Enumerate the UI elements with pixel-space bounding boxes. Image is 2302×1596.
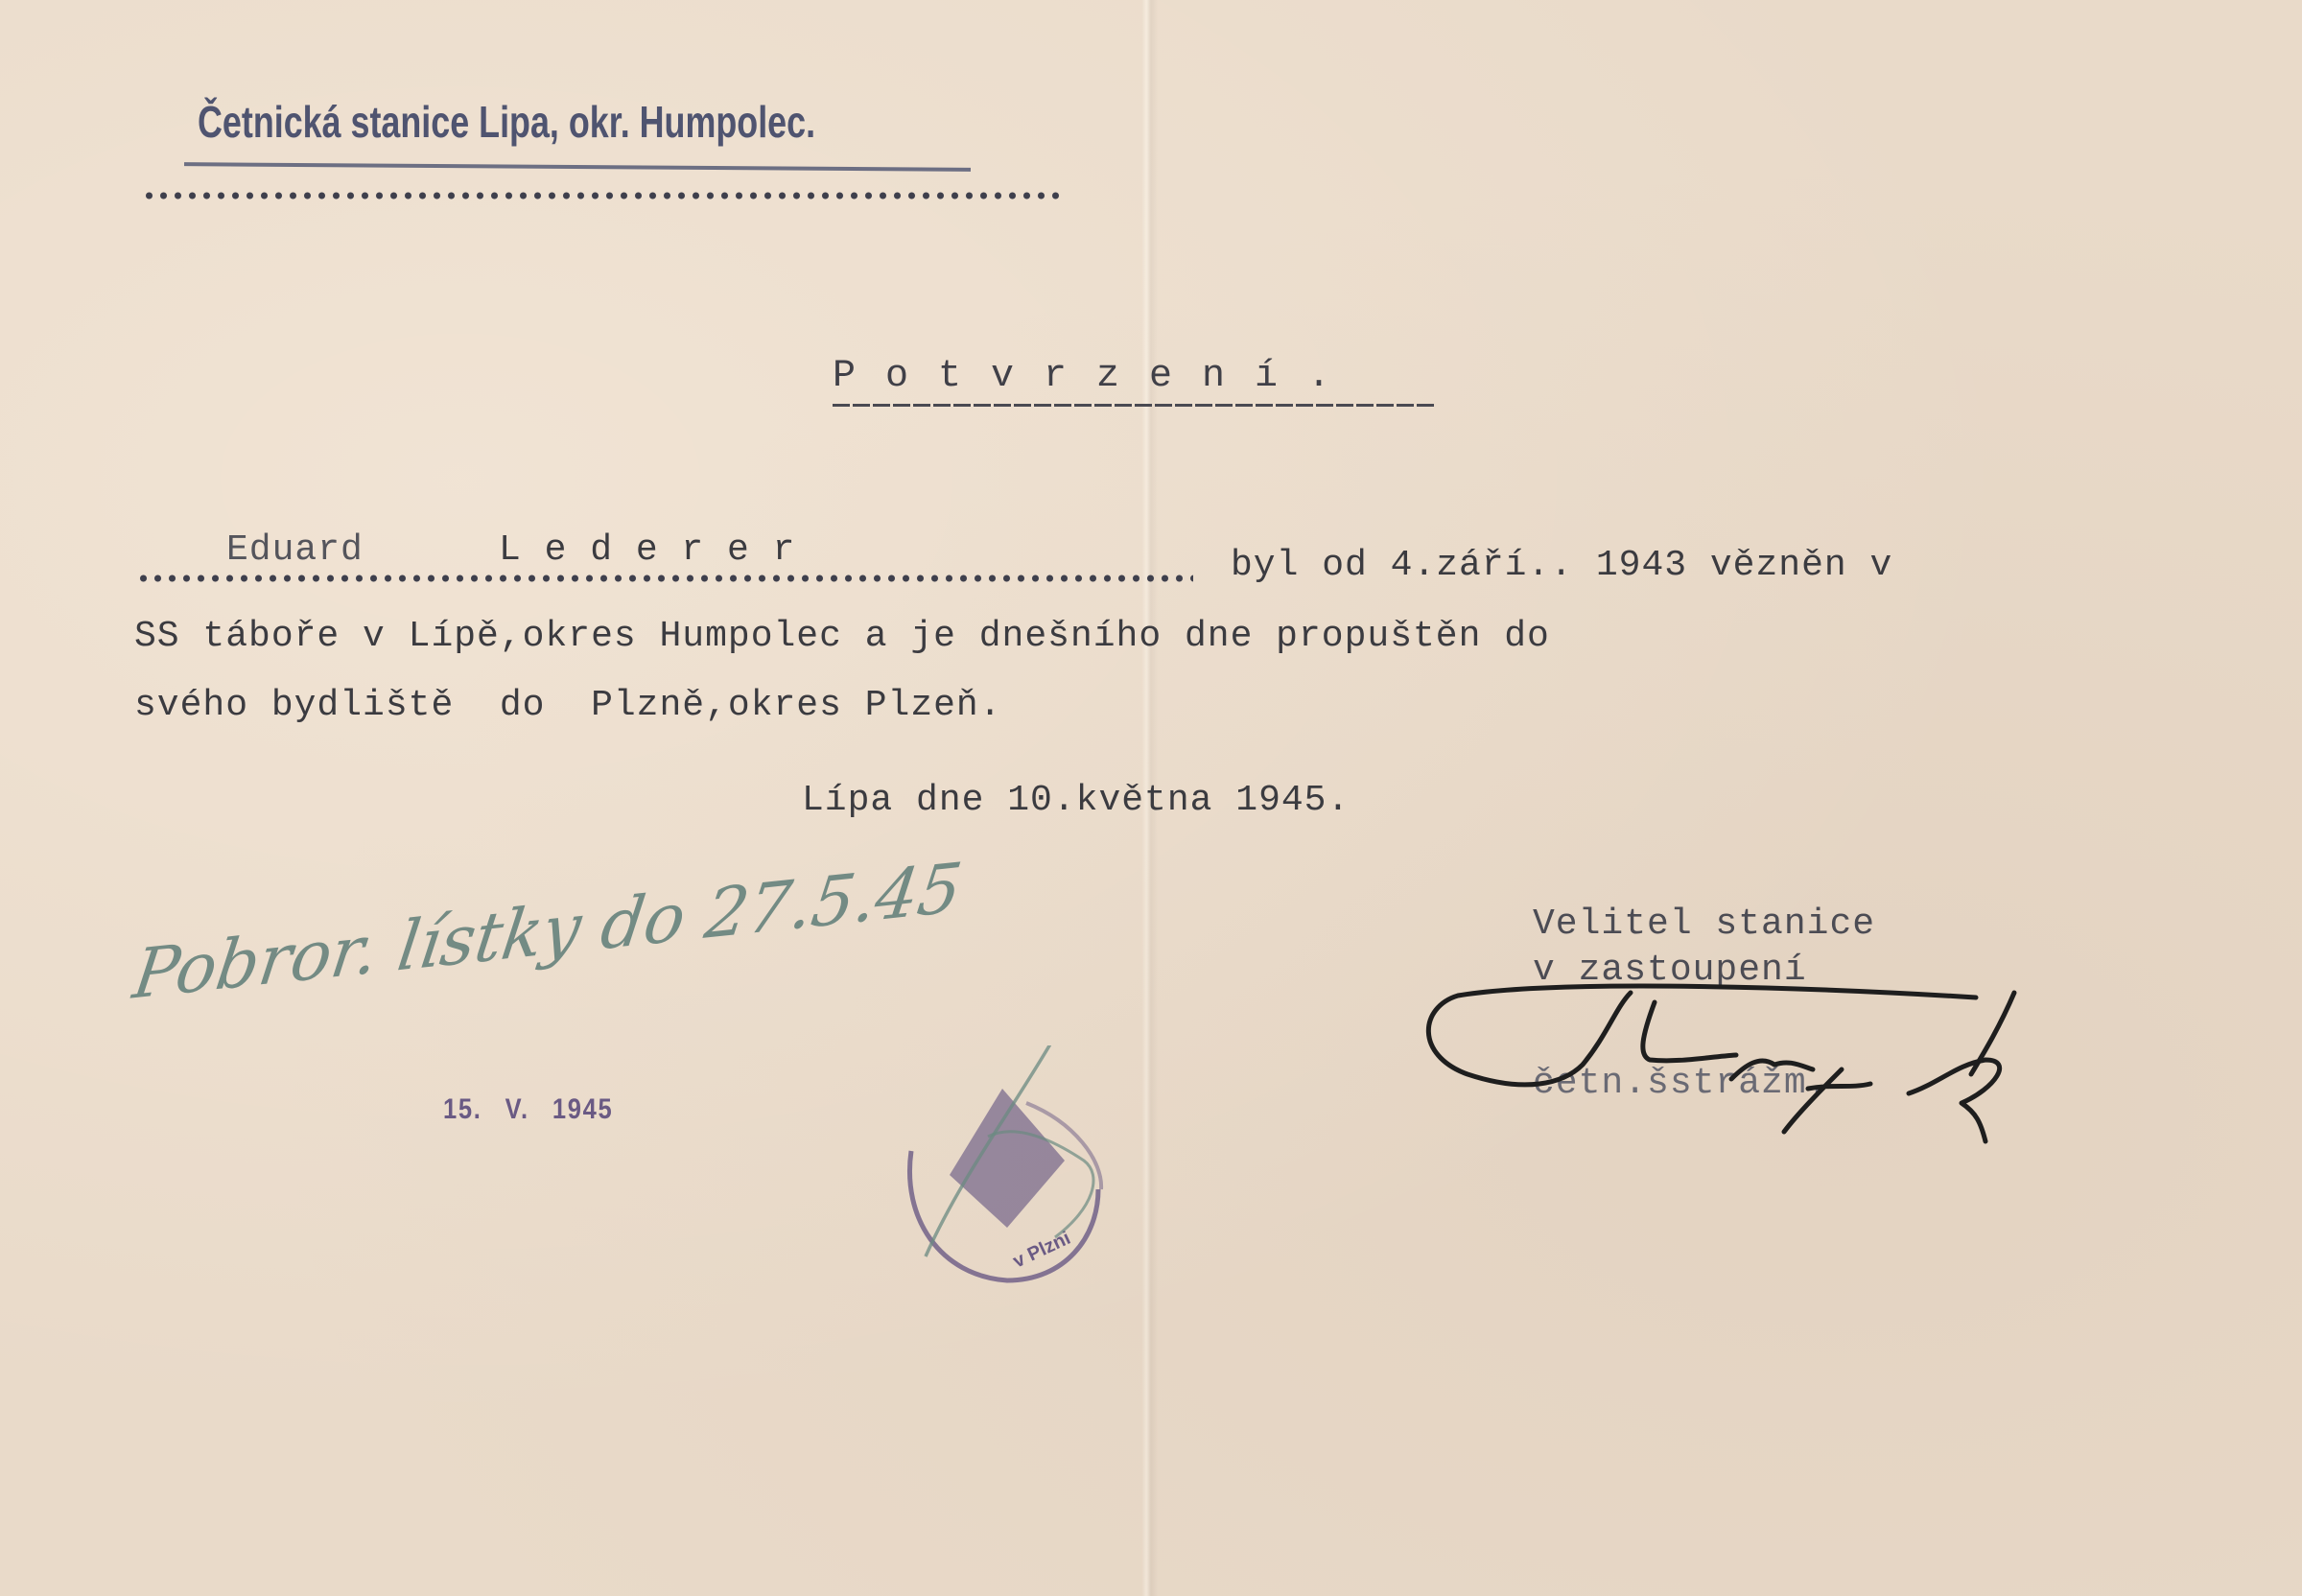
header-dotted-line [142,192,1065,199]
handwritten-signature [1420,969,2053,1161]
date-stamp: 15. V. 1945 [443,1093,613,1126]
surname: L e d e r e r [499,529,795,571]
signatory-title-1: Velitel stanice [1533,902,1875,948]
body-line-3: svého bydliště do Plzně,okres Plzeň. [134,685,1002,726]
stamp-text: v Plzni [1010,1228,1074,1273]
place-and-date: Lípa dne 10.května 1945. [802,780,1350,821]
first-name: Eduard [226,529,364,571]
document-title: Potvrzení. [833,355,1360,398]
title-underline [833,404,1437,407]
official-round-stamp: v Plzni [863,1045,1132,1314]
body-line-1: byl od 4.září.. 1943 vězněn v [1231,545,1892,586]
station-header-stamp: Četnická stanice Lipa, okr. Humpolec. [198,96,815,148]
name-dotted-line [136,575,1193,582]
body-line-2: SS táboře v Lípě,okres Humpolec a je dne… [134,616,1550,657]
